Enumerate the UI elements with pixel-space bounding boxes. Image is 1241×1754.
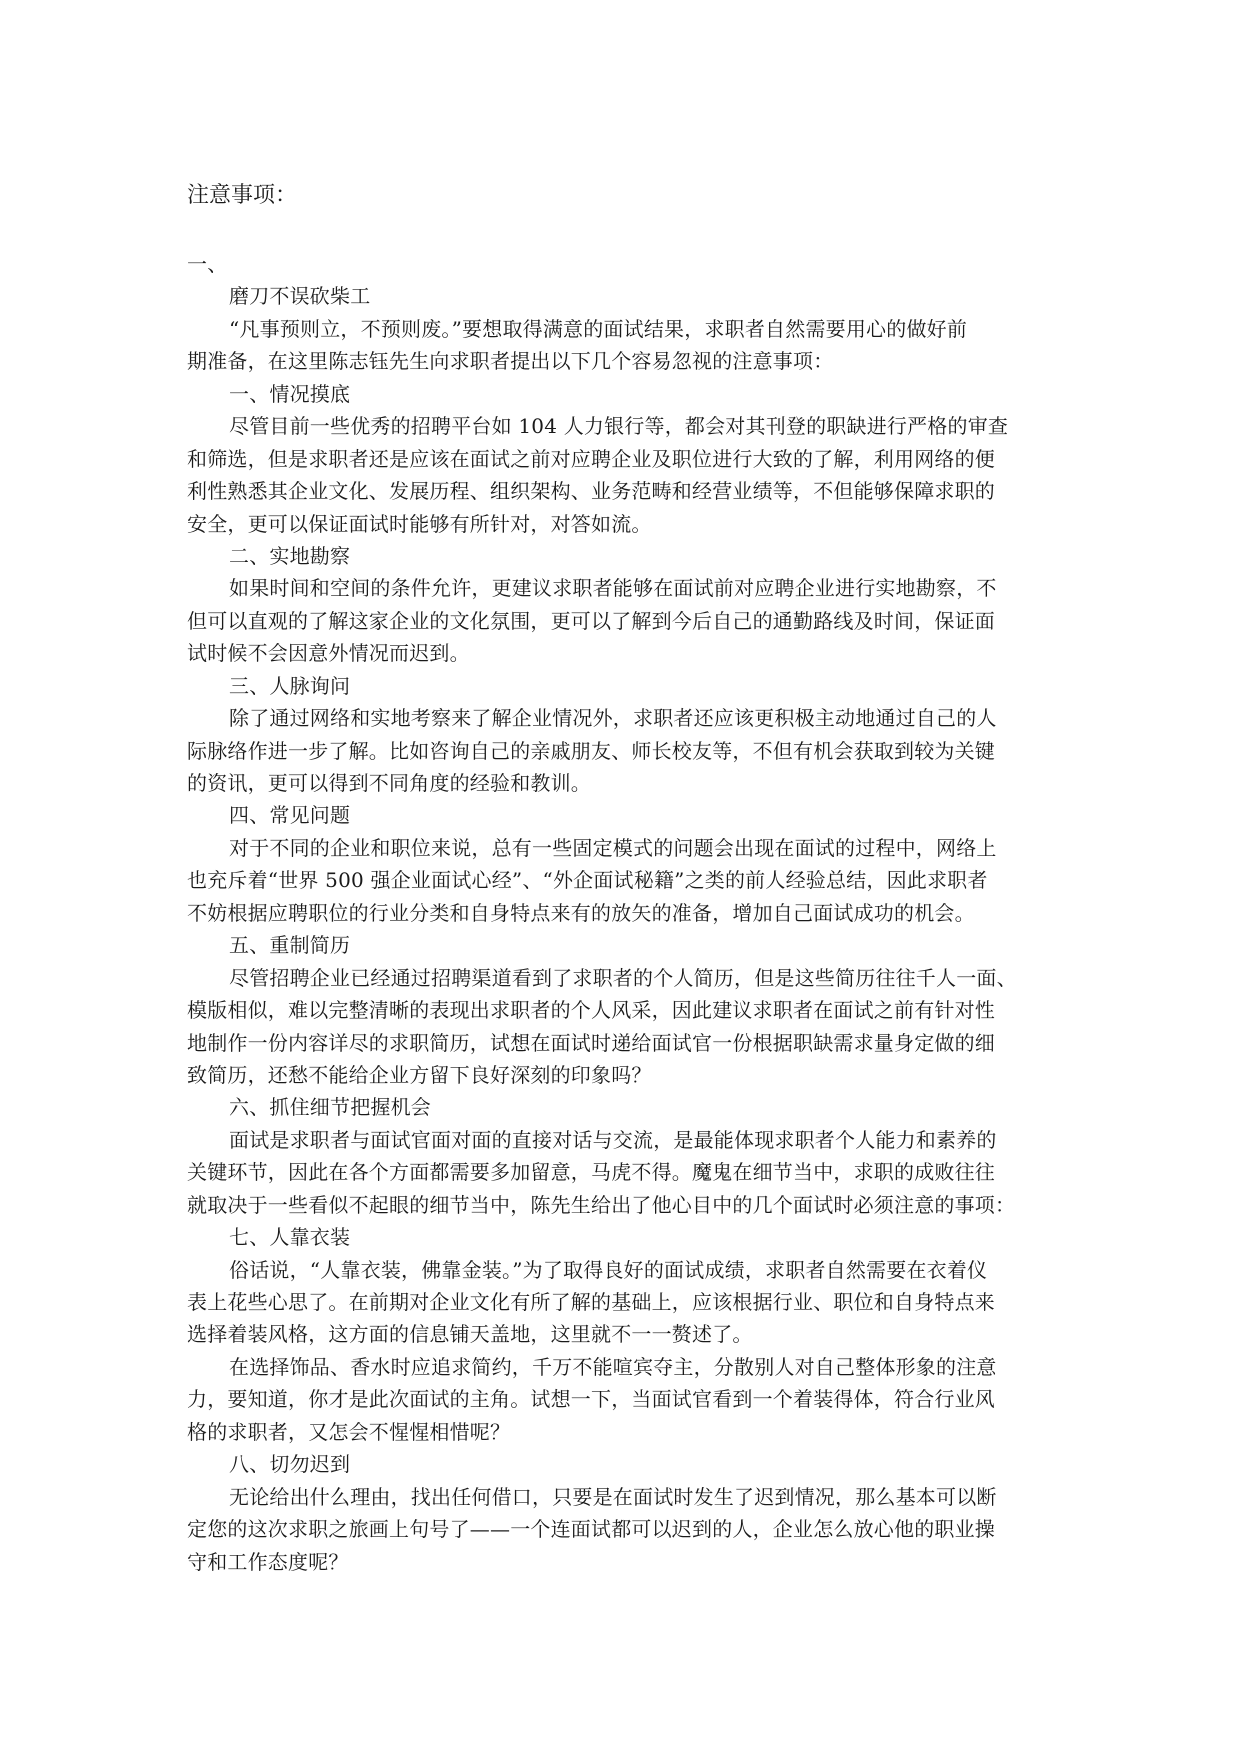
text-line: 七、人靠衣装 — [187, 1221, 1017, 1253]
text-line: 和筛选，但是求职者还是应该在面试之前对应聘企业及职位进行大致的了解，利用网络的便 — [187, 443, 1017, 475]
text-line: 一、情况摸底 — [187, 378, 1017, 410]
text-line: 地制作一份内容详尽的求职简历，试想在面试时递给面试官一份根据职缺需求量身定做的细 — [187, 1027, 1017, 1059]
text-line: 就取决于一些看似不起眼的细节当中，陈先生给出了他心目中的几个面试时必须注意的事项… — [187, 1189, 1017, 1221]
document-title: 注意事项： — [187, 181, 297, 211]
text-line: 期准备，在这里陈志钰先生向求职者提出以下几个容易忽视的注意事项： — [187, 345, 1017, 377]
text-line: 八、切勿迟到 — [187, 1448, 1017, 1480]
text-line: 磨刀不误砍柴工 — [187, 280, 1017, 312]
text-line: 在选择饰品、香水时应追求简约，千万不能喧宾夺主，分散别人对自己整体形象的注意 — [187, 1351, 1017, 1383]
text-line: 六、抓住细节把握机会 — [187, 1091, 1017, 1123]
text-line: 如果时间和空间的条件允许，更建议求职者能够在面试前对应聘企业进行实地勘察，不 — [187, 572, 1017, 604]
text-line: 对于不同的企业和职位来说，总有一些固定模式的问题会出现在面试的过程中，网络上 — [187, 832, 1017, 864]
text-line: 无论给出什么理由，找出任何借口，只要是在面试时发生了迟到情况，那么基本可以断 — [187, 1481, 1017, 1513]
text-line: 四、常见问题 — [187, 799, 1017, 831]
text-line: 尽管目前一些优秀的招聘平台如 104 人力银行等，都会对其刊登的职缺进行严格的审… — [187, 410, 1017, 442]
text-line: 不妨根据应聘职位的行业分类和自身特点来有的放矢的准备，增加自己面试成功的机会。 — [187, 897, 1017, 929]
document-body: 一、磨刀不误砍柴工“凡事预则立，不预则废。”要想取得满意的面试结果，求职者自然需… — [187, 248, 1017, 1578]
text-line: 守和工作态度呢？ — [187, 1546, 1017, 1578]
text-line: 俗话说，“人靠衣装，佛靠金装。”为了取得良好的面试成绩，求职者自然需要在衣着仪 — [187, 1254, 1017, 1286]
text-line: 模版相似，难以完整清晰的表现出求职者的个人风采，因此建议求职者在面试之前有针对性 — [187, 994, 1017, 1026]
text-line: 尽管招聘企业已经通过招聘渠道看到了求职者的个人简历，但是这些简历往往千人一面、 — [187, 962, 1017, 994]
text-line: 利性熟悉其企业文化、发展历程、组织架构、业务范畴和经营业绩等，不但能够保障求职的 — [187, 475, 1017, 507]
text-line: 定您的这次求职之旅画上句号了——一个连面试都可以迟到的人，企业怎么放心他的职业操 — [187, 1513, 1017, 1545]
text-line: 五、重制简历 — [187, 929, 1017, 961]
text-line: 但可以直观的了解这家企业的文化氛围，更可以了解到今后自己的通勤路线及时间，保证面 — [187, 605, 1017, 637]
text-line: 关键环节，因此在各个方面都需要多加留意，马虎不得。魔鬼在细节当中，求职的成败往往 — [187, 1156, 1017, 1188]
text-line: 格的求职者，又怎会不惺惺相惜呢？ — [187, 1416, 1017, 1448]
text-line: 的资讯，更可以得到不同角度的经验和教训。 — [187, 767, 1017, 799]
text-line: 三、人脉询问 — [187, 670, 1017, 702]
text-line: 表上花些心思了。在前期对企业文化有所了解的基础上，应该根据行业、职位和自身特点来 — [187, 1286, 1017, 1318]
text-line: “凡事预则立，不预则废。”要想取得满意的面试结果，求职者自然需要用心的做好前 — [187, 313, 1017, 345]
text-line: 也充斥着“世界 500 强企业面试心经”、“外企面试秘籍”之类的前人经验总结，因… — [187, 864, 1017, 896]
text-line: 面试是求职者与面试官面对面的直接对话与交流，是最能体现求职者个人能力和素养的 — [187, 1124, 1017, 1156]
text-line: 际脉络作进一步了解。比如咨询自己的亲戚朋友、师长校友等，不但有机会获取到较为关键 — [187, 735, 1017, 767]
text-line: 除了通过网络和实地考察来了解企业情况外，求职者还应该更积极主动地通过自己的人 — [187, 702, 1017, 734]
text-line: 选择着装风格，这方面的信息铺天盖地，这里就不一一赘述了。 — [187, 1318, 1017, 1350]
text-line: 二、实地勘察 — [187, 540, 1017, 572]
text-line: 一、 — [187, 248, 1017, 280]
text-line: 安全，更可以保证面试时能够有所针对，对答如流。 — [187, 508, 1017, 540]
text-line: 力，要知道，你才是此次面试的主角。试想一下，当面试官看到一个着装得体，符合行业风 — [187, 1383, 1017, 1415]
text-line: 试时候不会因意外情况而迟到。 — [187, 637, 1017, 669]
text-line: 致简历，还愁不能给企业方留下良好深刻的印象吗？ — [187, 1059, 1017, 1091]
